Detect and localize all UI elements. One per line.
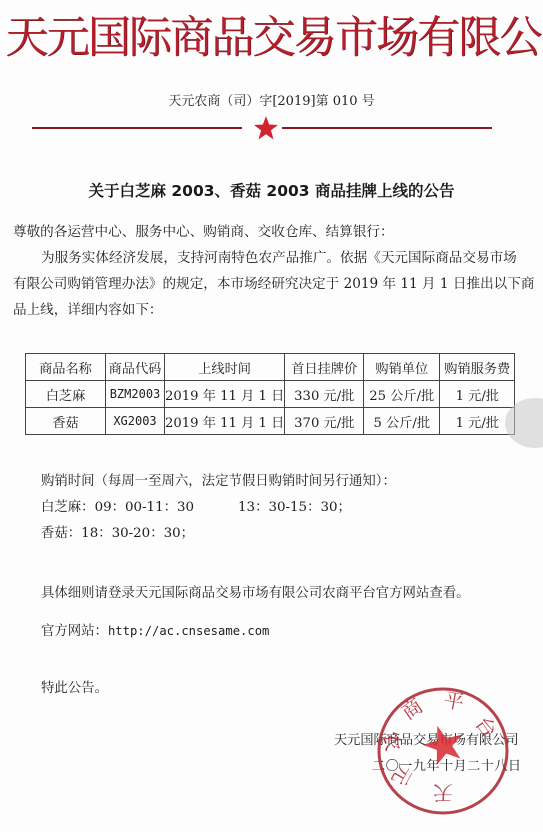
schedule-title: 购销时间（每周一至周六，法定节假日购销时间另行通知）： xyxy=(41,470,396,489)
greeting: 尊敬的各运营中心、服务中心、购销商、交收仓库、结算银行： xyxy=(13,219,394,245)
schedule-sesame: 白芝麻：09：00-11：3013：30-15：30； xyxy=(41,496,351,515)
star-icon xyxy=(253,115,279,141)
header-divider-right xyxy=(282,127,492,129)
signature-org: 天元国际商品交易市场有限公司 xyxy=(334,729,519,748)
cell-fee: 1 元/批 xyxy=(440,381,515,408)
org-title: 天元国际商品交易市场有限公司 xyxy=(5,6,537,70)
col-header-price: 首日挂牌价 xyxy=(285,354,364,381)
cell-name: 香菇 xyxy=(26,408,106,435)
schedule-sesame-label: 白芝麻： xyxy=(41,500,95,515)
schedule-sesame-morning: 09：00-11：30 xyxy=(95,500,194,515)
cell-name: 白芝麻 xyxy=(26,381,106,408)
cell-date: 2019 年 11 月 1 日 xyxy=(165,408,285,435)
cell-fee: 1 元/批 xyxy=(440,408,515,435)
col-header-name: 商品名称 xyxy=(26,354,106,381)
signature-date: 二〇一九年十月二十八日 xyxy=(372,755,521,774)
header-divider-left xyxy=(32,127,242,129)
website-label: 官方网站： xyxy=(41,624,108,639)
notice-headline: 关于白芝麻 2003、香菇 2003 商品挂牌上线的公告 xyxy=(0,179,543,201)
body-line: 有限公司购销管理办法》的规定，本市场经研究决定于 2019 年 11 月 1 日… xyxy=(13,271,534,297)
seal-char: 天 xyxy=(433,781,453,805)
cell-code: XG2003 xyxy=(106,408,165,435)
official-seal: 天 元 农 商 平 台 xyxy=(376,686,510,816)
seal-char: 平 xyxy=(442,687,466,714)
cell-code: BZM2003 xyxy=(106,381,165,408)
table-header-row: 商品名称 商品代码 上线时间 首日挂牌价 购销单位 购销服务费 xyxy=(26,354,515,381)
col-header-date: 上线时间 xyxy=(165,354,285,381)
cell-price: 330 元/批 xyxy=(285,381,364,408)
website-link[interactable]: http://ac.cnsesame.com xyxy=(108,624,269,638)
body-line: 为服务实体经济发展，支持河南特色农产品推广。依据《天元国际商品交易市场 xyxy=(41,245,517,271)
col-header-code: 商品代码 xyxy=(106,354,165,381)
cell-unit: 25 公斤/批 xyxy=(364,381,440,408)
detail-note: 具体细则请登录天元国际商品交易市场有限公司农商平台官方网站查看。 xyxy=(41,582,470,601)
body-line: 品上线，详细内容如下： xyxy=(13,297,163,323)
cell-unit: 5 公斤/批 xyxy=(364,408,440,435)
cell-price: 370 元/批 xyxy=(285,408,364,435)
schedule-mushroom: 香菇：18：30-20：30； xyxy=(41,522,194,541)
seal-char: 商 xyxy=(397,693,427,724)
schedule-sesame-afternoon: 13：30-15：30； xyxy=(238,500,351,515)
col-header-unit: 购销单位 xyxy=(364,354,440,381)
cell-date: 2019 年 11 月 1 日 xyxy=(165,381,285,408)
table-row: 香菇 XG2003 2019 年 11 月 1 日 370 元/批 5 公斤/批… xyxy=(26,408,515,435)
document-number: 天元农商（司）字[2019]第 010 号 xyxy=(0,90,543,109)
goods-table: 商品名称 商品代码 上线时间 首日挂牌价 购销单位 购销服务费 白芝麻 BZM2… xyxy=(25,353,515,435)
website-line: 官方网站：http://ac.cnsesame.com xyxy=(41,620,269,639)
table-row: 白芝麻 BZM2003 2019 年 11 月 1 日 330 元/批 25 公… xyxy=(26,381,515,408)
col-header-fee: 购销服务费 xyxy=(440,354,515,381)
closing-text: 特此公告。 xyxy=(41,677,108,696)
